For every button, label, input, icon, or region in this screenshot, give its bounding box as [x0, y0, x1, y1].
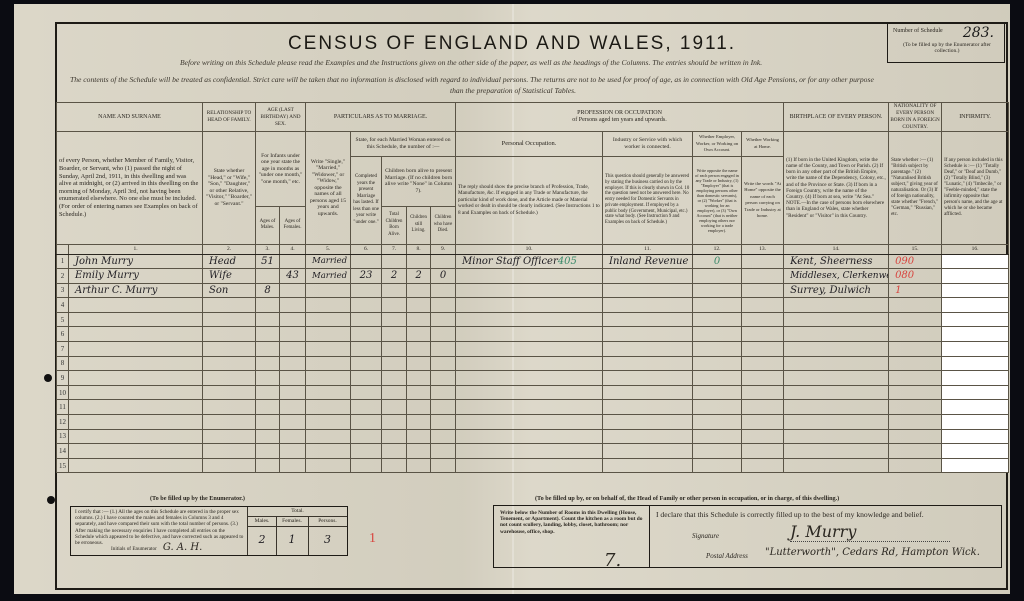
marital-status[interactable] [306, 458, 351, 473]
row-number: 6 [57, 327, 69, 342]
personal-occupation[interactable] [456, 356, 603, 371]
marital-status[interactable] [306, 429, 351, 444]
col-num: 10. [456, 244, 603, 254]
header-nationality: NATIONALITY of every Person born in a Fo… [889, 103, 942, 132]
person-name[interactable]: Arthur C. Murry [69, 283, 203, 298]
age-female[interactable] [280, 385, 306, 400]
children-total[interactable] [382, 458, 407, 473]
relationship[interactable] [203, 458, 256, 473]
personal-occupation[interactable] [456, 269, 603, 284]
infirmity[interactable] [942, 371, 1009, 386]
postal-address-value[interactable]: "Lutterworth", Cedars Rd, Hampton Wick. [765, 547, 980, 558]
marriage-years[interactable] [351, 283, 382, 298]
birthplace[interactable] [784, 400, 889, 415]
working-at-home[interactable] [742, 269, 784, 284]
industry[interactable] [603, 458, 693, 473]
marriage-years[interactable] [351, 254, 382, 269]
children-died[interactable] [431, 371, 456, 386]
schedule-number-box: Number of Schedule 283. (To be filled up… [887, 23, 1005, 63]
age-male[interactable]: 8 [256, 283, 280, 298]
nationality[interactable] [889, 371, 942, 386]
working-at-home[interactable] [742, 371, 784, 386]
children-living[interactable] [407, 312, 431, 327]
age-male[interactable] [256, 327, 280, 342]
age-female[interactable] [280, 298, 306, 313]
marriage-years[interactable] [351, 444, 382, 459]
col-num: 5. [306, 244, 351, 254]
row-number: 7 [57, 342, 69, 357]
children-total[interactable] [382, 342, 407, 357]
infirmity[interactable] [942, 312, 1009, 327]
enumerator-certification: I certify that :— (1.) All the ages on t… [75, 509, 245, 546]
females-count[interactable]: 1 [276, 527, 308, 553]
person-name[interactable] [69, 385, 203, 400]
marital-status[interactable] [306, 342, 351, 357]
birthplace[interactable]: Surrey, Dulwich [784, 283, 889, 298]
personal-occupation[interactable] [456, 298, 603, 313]
personal-occupation[interactable] [456, 385, 603, 400]
total-males: Males. 2 [248, 516, 277, 555]
birthplace[interactable] [784, 356, 889, 371]
person-name[interactable] [69, 342, 203, 357]
age-female[interactable] [280, 429, 306, 444]
enumerator-section-label: (To be filled up by the Enumerator.) [150, 495, 245, 502]
age-male[interactable] [256, 429, 280, 444]
header-at-home: Whether Working at Home. [742, 132, 784, 157]
nationality[interactable] [889, 429, 942, 444]
working-at-home[interactable] [742, 458, 784, 473]
col-num: 6. [351, 244, 382, 254]
age-male[interactable] [256, 342, 280, 357]
employer-status[interactable] [693, 429, 742, 444]
relationship[interactable] [203, 371, 256, 386]
personal-occupation[interactable] [456, 327, 603, 342]
marital-status[interactable] [306, 371, 351, 386]
infirmity[interactable] [942, 269, 1009, 284]
age-male[interactable] [256, 385, 280, 400]
children-living[interactable] [407, 254, 431, 269]
working-at-home[interactable] [742, 327, 784, 342]
table-row: 12 [57, 415, 1009, 430]
children-living[interactable] [407, 327, 431, 342]
initials-value[interactable]: G. A. H. [163, 542, 202, 553]
marital-status[interactable] [306, 400, 351, 415]
age-female[interactable] [280, 371, 306, 386]
header-occupation: PROFESSION or OCCUPATION of Persons aged… [456, 103, 784, 132]
marital-status[interactable] [306, 415, 351, 430]
birthplace[interactable] [784, 444, 889, 459]
person-name[interactable] [69, 356, 203, 371]
relationship[interactable] [203, 356, 256, 371]
header-marriage: PARTICULARS as to MARRIAGE. [306, 103, 456, 132]
infirmity[interactable] [942, 298, 1009, 313]
birthplace[interactable] [784, 429, 889, 444]
declaration-box: I declare that this Schedule is correctl… [650, 505, 1002, 568]
age-male[interactable] [256, 415, 280, 430]
marriage-years[interactable] [351, 415, 382, 430]
industry[interactable] [603, 298, 693, 313]
working-at-home[interactable] [742, 415, 784, 430]
age-female[interactable] [280, 356, 306, 371]
instruction-line-2: The contents of the Schedule will be tre… [70, 75, 874, 84]
children-died[interactable] [431, 312, 456, 327]
infirmity[interactable] [942, 444, 1009, 459]
birthplace[interactable] [784, 327, 889, 342]
working-at-home[interactable] [742, 298, 784, 313]
employer-status[interactable] [693, 298, 742, 313]
relationship[interactable] [203, 444, 256, 459]
children-total[interactable] [382, 415, 407, 430]
age-female[interactable] [280, 283, 306, 298]
employer-status[interactable] [693, 342, 742, 357]
children-total[interactable] [382, 327, 407, 342]
infirmity[interactable] [942, 429, 1009, 444]
total-persons: Persons. 3 [308, 516, 347, 555]
birthplace[interactable] [784, 415, 889, 430]
nationality[interactable] [889, 342, 942, 357]
marriage-years[interactable]: 23 [351, 269, 382, 284]
signature-value[interactable]: J. Murry [790, 522, 950, 542]
nationality[interactable] [889, 458, 942, 473]
age-female[interactable]: 43 [280, 269, 306, 284]
table-row: 4 [57, 298, 1009, 313]
instruction-line-3: than the preparation of Statistical Tabl… [450, 86, 576, 95]
children-total[interactable] [382, 283, 407, 298]
person-name[interactable] [69, 327, 203, 342]
nationality[interactable] [889, 312, 942, 327]
employer-status[interactable] [693, 385, 742, 400]
age-female[interactable] [280, 312, 306, 327]
children-total[interactable]: 2 [382, 269, 407, 284]
col-num: 8. [407, 244, 431, 254]
children-died[interactable]: 0 [431, 269, 456, 284]
children-total[interactable] [382, 444, 407, 459]
personal-occupation[interactable] [456, 444, 603, 459]
age-male[interactable] [256, 269, 280, 284]
marriage-years[interactable] [351, 298, 382, 313]
header-age: AGE (last Birthday) and SEX. [256, 103, 306, 132]
marriage-years[interactable] [351, 429, 382, 444]
nationality[interactable]: 090 [889, 254, 942, 269]
personal-occupation[interactable] [456, 312, 603, 327]
children-total[interactable] [382, 400, 407, 415]
children-died[interactable] [431, 444, 456, 459]
relationship[interactable] [203, 312, 256, 327]
working-at-home[interactable] [742, 283, 784, 298]
table-row: 10 [57, 385, 1009, 400]
infirmity[interactable] [942, 385, 1009, 400]
personal-occupation[interactable] [456, 342, 603, 357]
age-male[interactable]: 51 [256, 254, 280, 269]
birthplace[interactable] [784, 298, 889, 313]
working-at-home[interactable] [742, 312, 784, 327]
schedule-number-value[interactable]: 283. [963, 25, 994, 41]
relationship[interactable]: Head [203, 254, 256, 269]
nationality[interactable] [889, 415, 942, 430]
marriage-years[interactable] [351, 400, 382, 415]
personal-occupation[interactable] [456, 415, 603, 430]
personal-occupation[interactable] [456, 458, 603, 473]
working-at-home[interactable] [742, 429, 784, 444]
industry[interactable]: Inland Revenue [603, 254, 693, 269]
person-name[interactable] [69, 298, 203, 313]
children-died[interactable] [431, 429, 456, 444]
nationality[interactable] [889, 400, 942, 415]
children-living[interactable] [407, 283, 431, 298]
marriage-years[interactable] [351, 371, 382, 386]
row-number: 13 [57, 429, 69, 444]
industry[interactable] [603, 400, 693, 415]
person-name[interactable] [69, 458, 203, 473]
industry[interactable] [603, 327, 693, 342]
enumerator-totals: Total. Males. 2 Females. 1 Persons. 3 [247, 507, 347, 555]
marriage-years[interactable] [351, 385, 382, 400]
children-died[interactable] [431, 415, 456, 430]
marital-status[interactable] [306, 356, 351, 371]
table-row: 7 [57, 342, 1009, 357]
children-died[interactable] [431, 327, 456, 342]
employer-status[interactable] [693, 312, 742, 327]
marriage-years[interactable] [351, 327, 382, 342]
employer-status[interactable] [693, 269, 742, 284]
children-total[interactable] [382, 298, 407, 313]
children-total[interactable] [382, 254, 407, 269]
age-male[interactable] [256, 312, 280, 327]
children-total[interactable] [382, 312, 407, 327]
birthplace[interactable] [784, 312, 889, 327]
row-number: 9 [57, 371, 69, 386]
nationality[interactable] [889, 356, 942, 371]
person-name[interactable]: Emily Murry [69, 269, 203, 284]
working-at-home[interactable] [742, 356, 784, 371]
industry[interactable] [603, 269, 693, 284]
personal-occupation[interactable] [456, 429, 603, 444]
age-male[interactable] [256, 444, 280, 459]
nationality[interactable] [889, 298, 942, 313]
personal-occupation[interactable] [456, 371, 603, 386]
age-female[interactable] [280, 254, 306, 269]
industry[interactable] [603, 312, 693, 327]
desc-industry: This question should generally be answer… [603, 156, 693, 244]
children-died[interactable] [431, 385, 456, 400]
children-died[interactable] [431, 342, 456, 357]
person-name[interactable] [69, 444, 203, 459]
relationship[interactable] [203, 415, 256, 430]
col-num: 13. [742, 244, 784, 254]
children-died[interactable] [431, 283, 456, 298]
enumerator-box: I certify that :— (1.) All the ages on t… [70, 506, 348, 556]
industry[interactable] [603, 385, 693, 400]
relationship[interactable] [203, 429, 256, 444]
children-total[interactable] [382, 385, 407, 400]
children-total[interactable] [382, 356, 407, 371]
col-num: 12. [693, 244, 742, 254]
nationality[interactable] [889, 385, 942, 400]
children-living[interactable]: 2 [407, 269, 431, 284]
row-number: 1 [57, 254, 69, 269]
working-at-home[interactable] [742, 254, 784, 269]
person-name[interactable] [69, 400, 203, 415]
children-living[interactable] [407, 342, 431, 357]
birthplace[interactable]: Middlesex, Clerkenwell [784, 269, 889, 284]
personal-occupation[interactable]: Minor Staff Officer405 [456, 254, 603, 269]
industry[interactable] [603, 444, 693, 459]
relationship[interactable] [203, 385, 256, 400]
age-female[interactable] [280, 415, 306, 430]
employer-status[interactable] [693, 444, 742, 459]
col-num: 3. [256, 244, 280, 254]
person-name[interactable] [69, 429, 203, 444]
table-row: 1 John Murry Head 51 Married Minor Staff… [57, 254, 1009, 269]
schedule-number-label: Number of Schedule [893, 28, 943, 34]
industry[interactable] [603, 415, 693, 430]
birthplace[interactable]: Kent, Sheerness [784, 254, 889, 269]
header-infirmity: INFIRMITY. [942, 103, 1009, 132]
relationship[interactable]: Wife [203, 269, 256, 284]
children-living[interactable] [407, 400, 431, 415]
working-at-home[interactable] [742, 385, 784, 400]
header-total-children: Total Children Born Alive. [382, 206, 407, 244]
working-at-home[interactable] [742, 342, 784, 357]
infirmity[interactable] [942, 327, 1009, 342]
children-died[interactable] [431, 458, 456, 473]
employer-status[interactable] [693, 283, 742, 298]
age-male[interactable] [256, 371, 280, 386]
infirmity[interactable] [942, 458, 1009, 473]
marriage-years[interactable] [351, 312, 382, 327]
rooms-box: Write below the Number of Rooms in this … [493, 505, 650, 568]
table-row: 9 [57, 371, 1009, 386]
instruction-line-1: Before writing on this Schedule please r… [180, 58, 762, 67]
children-living[interactable] [407, 298, 431, 313]
children-died[interactable] [431, 298, 456, 313]
age-female[interactable] [280, 327, 306, 342]
industry[interactable] [603, 356, 693, 371]
birthplace[interactable] [784, 342, 889, 357]
working-at-home[interactable] [742, 444, 784, 459]
children-died[interactable] [431, 254, 456, 269]
infirmity[interactable] [942, 356, 1009, 371]
age-male[interactable] [256, 356, 280, 371]
birthplace[interactable] [784, 371, 889, 386]
relationship[interactable] [203, 298, 256, 313]
children-total[interactable] [382, 371, 407, 386]
age-male[interactable] [256, 458, 280, 473]
age-male[interactable] [256, 298, 280, 313]
marriage-years[interactable] [351, 342, 382, 357]
nationality[interactable]: 080 [889, 269, 942, 284]
marriage-years[interactable] [351, 458, 382, 473]
children-living[interactable] [407, 444, 431, 459]
infirmity[interactable] [942, 342, 1009, 357]
person-name[interactable] [69, 371, 203, 386]
children-living[interactable] [407, 356, 431, 371]
marital-status[interactable] [306, 444, 351, 459]
marital-status[interactable] [306, 283, 351, 298]
relationship[interactable] [203, 400, 256, 415]
employer-status[interactable] [693, 327, 742, 342]
children-living[interactable] [407, 371, 431, 386]
industry[interactable] [603, 429, 693, 444]
children-died[interactable] [431, 356, 456, 371]
row-number: 12 [57, 415, 69, 430]
working-at-home[interactable] [742, 400, 784, 415]
marital-status[interactable] [306, 312, 351, 327]
col-num: 11. [603, 244, 693, 254]
header-children-living: Children still Living. [407, 206, 431, 244]
relationship[interactable] [203, 342, 256, 357]
relationship[interactable] [203, 327, 256, 342]
nationality[interactable] [889, 444, 942, 459]
nationality[interactable]: 1 [889, 283, 942, 298]
marital-status[interactable] [306, 327, 351, 342]
employer-status[interactable] [693, 371, 742, 386]
industry[interactable] [603, 342, 693, 357]
children-living[interactable] [407, 429, 431, 444]
birthplace[interactable] [784, 458, 889, 473]
employer-status[interactable] [693, 400, 742, 415]
children-died[interactable] [431, 400, 456, 415]
person-name[interactable] [69, 312, 203, 327]
person-name[interactable] [69, 415, 203, 430]
industry[interactable] [603, 283, 693, 298]
children-living[interactable] [407, 458, 431, 473]
birthplace[interactable] [784, 385, 889, 400]
children-living[interactable] [407, 385, 431, 400]
personal-occupation[interactable] [456, 283, 603, 298]
infirmity[interactable] [942, 415, 1009, 430]
infirmity[interactable] [942, 283, 1009, 298]
infirmity[interactable] [942, 254, 1009, 269]
relationship[interactable]: Son [203, 283, 256, 298]
desc-married-women: State, for each Married Woman entered on… [351, 132, 456, 157]
table-row: 2 Emily Murry Wife 43 Married 23 2 2 0 M… [57, 269, 1009, 284]
infirmity[interactable] [942, 400, 1009, 415]
children-living[interactable] [407, 415, 431, 430]
desc-children: Children born alive to present Marriage.… [382, 156, 456, 206]
marriage-years[interactable] [351, 356, 382, 371]
marital-status[interactable] [306, 298, 351, 313]
employer-status[interactable] [693, 458, 742, 473]
marital-status[interactable]: Married [306, 254, 351, 269]
males-count[interactable]: 2 [248, 527, 276, 553]
age-male[interactable] [256, 400, 280, 415]
desc-relationship: State whether "Head," or "Wife," "Son," … [203, 132, 256, 245]
industry[interactable] [603, 371, 693, 386]
row-number: 14 [57, 444, 69, 459]
employer-status[interactable] [693, 415, 742, 430]
table-row: 5 [57, 312, 1009, 327]
persons-count[interactable]: 3 [308, 527, 347, 553]
children-total[interactable] [382, 429, 407, 444]
header-relationship: RELATIONSHIP to Head of Family. [203, 103, 256, 132]
personal-occupation[interactable] [456, 400, 603, 415]
person-name[interactable]: John Murry [69, 254, 203, 269]
age-female[interactable] [280, 400, 306, 415]
rooms-count[interactable]: 7. [604, 558, 621, 564]
age-female[interactable] [280, 458, 306, 473]
marital-status[interactable] [306, 385, 351, 400]
red-check-mark: 1 [369, 531, 376, 547]
nationality[interactable] [889, 327, 942, 342]
header-employer: Whether Employer, Worker, or Working on … [693, 132, 742, 157]
age-female[interactable] [280, 342, 306, 357]
employer-status[interactable] [693, 356, 742, 371]
employer-status[interactable]: 0 [693, 254, 742, 269]
occupation-code: 405 [558, 256, 577, 267]
age-female[interactable] [280, 444, 306, 459]
marital-status[interactable]: Married [306, 269, 351, 284]
